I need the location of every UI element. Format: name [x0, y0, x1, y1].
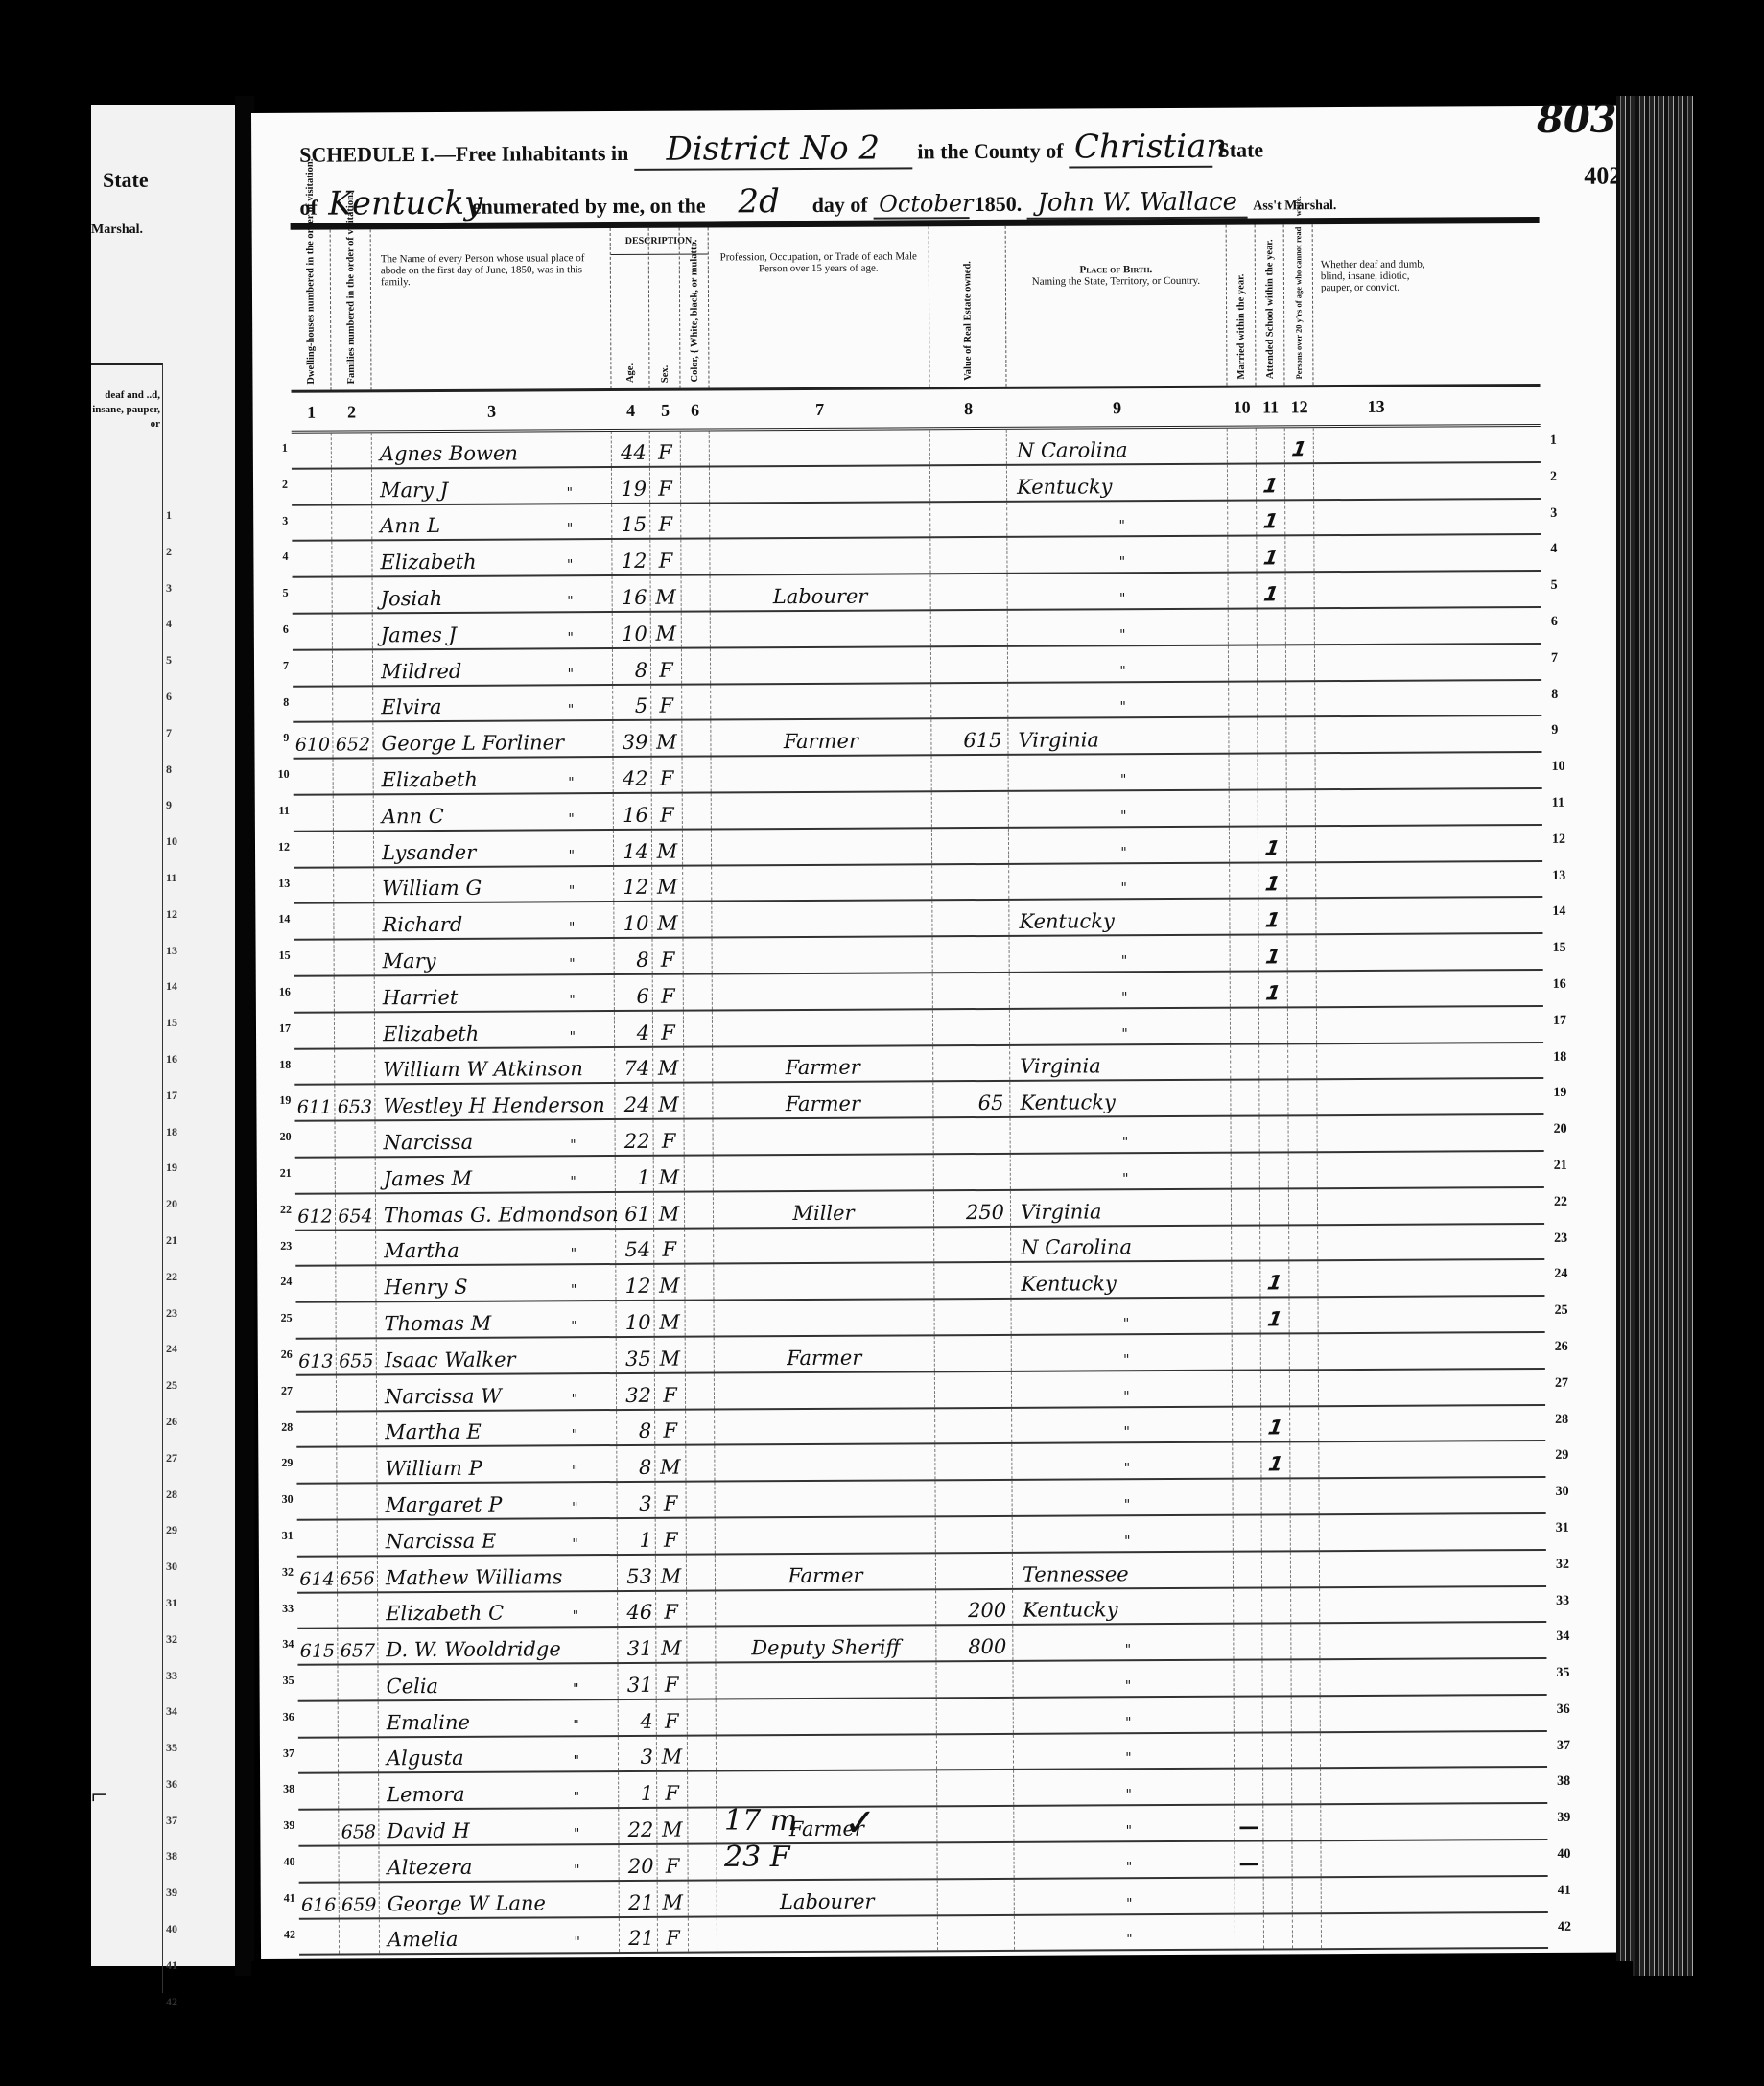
- school-mark: [1259, 1008, 1288, 1043]
- birthplace: Kentucky: [1009, 900, 1230, 935]
- ditto-mark: ": [569, 956, 576, 972]
- family-number: [334, 868, 374, 902]
- family-number: [333, 650, 373, 685]
- line-number: 9: [252, 723, 289, 760]
- line-number: 35: [1556, 1659, 1594, 1696]
- occupation: [713, 1010, 933, 1045]
- line-number: 15: [254, 941, 291, 977]
- occupation: [713, 973, 933, 1009]
- school-mark: 1: [1261, 1407, 1290, 1441]
- previous-page-line-number: 17: [166, 1089, 223, 1125]
- line-number: 19: [254, 1086, 291, 1122]
- column-number: 10: [1228, 388, 1257, 427]
- ditto-mark: ": [567, 522, 574, 537]
- family-number: [334, 904, 374, 939]
- header-illiterate: Persons over 20 y'rs of age who cannot r…: [1284, 224, 1314, 385]
- line-number: 2: [251, 470, 288, 506]
- person-name: William W Atkinson: [375, 1048, 615, 1084]
- age: 10: [613, 613, 651, 647]
- illiterate-mark: [1287, 863, 1316, 898]
- age: 10: [616, 1301, 654, 1336]
- illiterate-mark: [1293, 1914, 1322, 1949]
- previous-page-line-number: 34: [166, 1704, 223, 1741]
- person-name: George L Forliner: [373, 721, 613, 757]
- line-number: 2: [1550, 463, 1588, 500]
- person-name: Algusta": [379, 1737, 619, 1772]
- color: [688, 1809, 717, 1843]
- sex: F: [654, 1120, 685, 1155]
- illiterate-mark: [1292, 1841, 1321, 1876]
- occupation: [715, 1372, 935, 1408]
- occupation: [716, 1662, 936, 1698]
- dwelling-number: [296, 1448, 337, 1483]
- married-mark: [1234, 1552, 1262, 1586]
- state-label: State: [1217, 137, 1263, 161]
- color: [685, 1265, 714, 1300]
- deaf-status: [1317, 1007, 1442, 1042]
- dwelling-number: [295, 1267, 336, 1301]
- person-name: Agnes Bowen: [372, 432, 612, 467]
- dwelling-number: [298, 1774, 339, 1809]
- birthplace: ": [1010, 973, 1231, 1008]
- sex: M: [651, 576, 682, 611]
- occupation: Farmer: [715, 1336, 935, 1371]
- dwelling-number: [294, 941, 335, 975]
- family-number: 656: [338, 1557, 378, 1591]
- line-number: 4: [251, 542, 288, 578]
- birthplace: ": [1008, 645, 1229, 681]
- column-number: 13: [1314, 387, 1439, 427]
- sex: F: [652, 794, 683, 829]
- line-number: 40: [1557, 1840, 1595, 1877]
- line-number: 17: [1553, 1006, 1591, 1043]
- school-mark: [1263, 1770, 1292, 1804]
- line-number: 27: [256, 1376, 293, 1413]
- family-number: [336, 1231, 376, 1265]
- birthplace: ": [1007, 537, 1228, 573]
- line-number: 38: [1557, 1768, 1595, 1804]
- deaf-status: [1315, 573, 1440, 607]
- sex: M: [655, 1446, 686, 1481]
- previous-page-line-number: 40: [166, 1922, 223, 1958]
- sex: M: [652, 830, 683, 864]
- person-name: James M": [376, 1157, 616, 1192]
- age: 1: [619, 1772, 657, 1807]
- line-number: 13: [1552, 861, 1590, 898]
- dwelling-number: 614: [297, 1557, 338, 1591]
- line-number: 22: [255, 1195, 292, 1231]
- color: [687, 1555, 716, 1589]
- deaf-status: [1318, 1152, 1443, 1186]
- dwelling-number: [294, 1013, 335, 1047]
- book-spine: [1616, 96, 1693, 1976]
- dwelling-number: [297, 1520, 338, 1555]
- school-mark: [1262, 1660, 1291, 1695]
- deaf-status: [1320, 1551, 1445, 1585]
- occupation: [717, 1699, 937, 1734]
- occupation: [716, 1590, 936, 1626]
- dwelling-number: [293, 615, 333, 649]
- married-mark: [1235, 1697, 1263, 1731]
- occupation: Miller: [714, 1191, 934, 1227]
- family-number: [333, 614, 373, 648]
- family-number: 659: [340, 1883, 380, 1917]
- deaf-status: [1314, 500, 1439, 534]
- line-number: 8: [1551, 680, 1589, 716]
- age: 31: [618, 1664, 656, 1699]
- birthplace: Tennessee: [1013, 1552, 1234, 1587]
- sex: F: [650, 432, 681, 466]
- real-estate-value: [935, 1336, 1012, 1371]
- ditto-mark: ": [573, 1718, 579, 1733]
- married-mark: [1232, 1226, 1260, 1260]
- real-estate-value: [931, 647, 1008, 682]
- line-number: 39: [1557, 1804, 1595, 1840]
- deaf-status: [1319, 1479, 1444, 1513]
- age: 31: [618, 1628, 656, 1662]
- occupation: [714, 1118, 934, 1154]
- person-name: Margaret P": [377, 1483, 617, 1518]
- line-number: 37: [258, 1738, 294, 1774]
- school-mark: [1264, 1878, 1293, 1912]
- school-mark: [1260, 1189, 1289, 1224]
- school-mark: [1263, 1697, 1292, 1731]
- line-number: 29: [1555, 1441, 1593, 1478]
- previous-page-line-number: 8: [166, 762, 223, 799]
- age: 24: [615, 1084, 653, 1118]
- married-mark: —: [1235, 1806, 1263, 1840]
- sex: F: [655, 1373, 686, 1408]
- dwelling-number: [294, 796, 334, 831]
- color: [686, 1483, 715, 1517]
- deaf-status: [1320, 1514, 1445, 1549]
- deaf-status: [1319, 1370, 1444, 1404]
- line-number: 21: [255, 1159, 292, 1195]
- deaf-status: [1316, 862, 1441, 897]
- school-mark: [1258, 718, 1286, 753]
- deaf-status: [1320, 1587, 1445, 1622]
- married-mark: [1233, 1334, 1261, 1369]
- color: [683, 830, 712, 864]
- dwelling-number: [298, 1811, 339, 1845]
- school-mark: [1263, 1841, 1292, 1876]
- real-estate-value: [932, 864, 1009, 899]
- occupation: Labourer: [717, 1880, 938, 1915]
- occupation: [715, 1409, 935, 1444]
- married-mark: [1231, 972, 1259, 1006]
- sex: M: [651, 721, 682, 756]
- age: 3: [617, 1483, 655, 1517]
- previous-page-line-number: 7: [166, 726, 223, 762]
- married-mark: [1233, 1407, 1261, 1441]
- line-number: 22: [1554, 1187, 1592, 1224]
- sex: M: [657, 1736, 688, 1770]
- person-name: Thomas M": [376, 1301, 616, 1337]
- previous-page-line-number: 32: [166, 1632, 223, 1669]
- female-tally: 23 F: [724, 1840, 797, 1876]
- school-mark: [1259, 1081, 1288, 1115]
- school-mark: [1259, 1116, 1288, 1151]
- occupation: [713, 937, 933, 973]
- occupation: [710, 539, 930, 574]
- married-mark: [1230, 755, 1258, 789]
- line-number: 6: [252, 615, 289, 651]
- line-number: 33: [1556, 1586, 1594, 1623]
- header-school: Attended School within the year.: [1256, 224, 1285, 385]
- person-name: Narcissa": [376, 1120, 616, 1156]
- header-birthplace: Place of Birth. Naming the State, Territ…: [1006, 225, 1228, 387]
- age: 8: [613, 649, 651, 684]
- dwelling-number: [295, 1303, 336, 1338]
- color: [686, 1446, 715, 1481]
- ditto-mark: ": [574, 1863, 580, 1878]
- occupation: [710, 503, 930, 538]
- birthplace: Kentucky: [1010, 1081, 1231, 1116]
- school-mark: 1: [1261, 1443, 1290, 1478]
- age: 16: [614, 794, 652, 829]
- age: 46: [618, 1591, 656, 1626]
- married-mark: [1230, 900, 1258, 934]
- birthplace: ": [1008, 574, 1229, 609]
- deaf-status: [1318, 1188, 1443, 1223]
- dwelling-number: 613: [296, 1339, 337, 1373]
- school-mark: [1263, 1733, 1292, 1768]
- line-number: 34: [1556, 1623, 1594, 1659]
- footer-tally: 17 m 23 F: [724, 1803, 797, 1876]
- family-number: [339, 1701, 379, 1736]
- line-number: 35: [257, 1666, 294, 1702]
- person-name: Elvira": [373, 686, 613, 721]
- family-number: [332, 505, 372, 540]
- sex: M: [654, 1157, 685, 1191]
- person-name: Henry S": [376, 1265, 616, 1301]
- married-mark: [1234, 1625, 1262, 1659]
- school-mark: 1: [1258, 574, 1286, 608]
- family-number: [337, 1412, 377, 1446]
- birthplace: Kentucky: [1011, 1262, 1232, 1298]
- family-number: [335, 1013, 375, 1047]
- color: [685, 1156, 714, 1190]
- column-number: 5: [650, 391, 681, 430]
- line-number: 31: [257, 1521, 294, 1558]
- age: 3: [619, 1736, 657, 1770]
- family-number: [336, 1158, 376, 1192]
- family-number: [334, 795, 374, 830]
- line-number: 28: [256, 1412, 293, 1448]
- married-mark: [1229, 645, 1258, 680]
- real-estate-value: [937, 1770, 1014, 1805]
- previous-page-line-number: 39: [166, 1886, 223, 1922]
- schedule-label: SCHEDULE I.—Free Inhabitants in: [299, 141, 628, 167]
- married-mark: [1232, 1299, 1260, 1333]
- deaf-status: [1315, 681, 1440, 715]
- sex: F: [651, 648, 682, 683]
- ditto-mark: ": [574, 1935, 580, 1951]
- real-estate-value: [932, 829, 1009, 863]
- line-number: 41: [1558, 1877, 1596, 1913]
- real-estate-value: [936, 1662, 1013, 1697]
- sex: F: [657, 1845, 688, 1880]
- illiterate-mark: [1287, 827, 1316, 861]
- occupation: [714, 1228, 934, 1263]
- person-name: D. W. Wooldridge: [378, 1628, 618, 1663]
- ditto-mark: ": [569, 848, 576, 863]
- school-mark: [1258, 755, 1287, 789]
- deaf-status: [1315, 717, 1440, 752]
- occupation: [712, 792, 932, 828]
- school-mark: [1261, 1334, 1290, 1369]
- real-estate-value: [931, 574, 1008, 609]
- illiterate-mark: [1286, 682, 1315, 716]
- sex: M: [656, 1555, 687, 1589]
- occupation: [710, 430, 930, 465]
- real-estate-value: [933, 937, 1010, 972]
- dwelling-number: [296, 1485, 337, 1519]
- age: 15: [612, 504, 650, 538]
- line-number: 30: [1555, 1478, 1593, 1514]
- deaf-status: [1317, 935, 1442, 970]
- occupation: Farmer: [713, 1083, 933, 1118]
- line-number: 7: [252, 651, 289, 688]
- dwelling-number: [297, 1666, 338, 1700]
- school-mark: 1: [1258, 863, 1287, 898]
- marshal-name-field: John W. Wallace: [1027, 188, 1248, 220]
- line-number: 26: [256, 1340, 293, 1376]
- color: [684, 974, 713, 1009]
- color: [684, 939, 713, 973]
- person-name: Mary J": [372, 468, 612, 504]
- deaf-status: [1316, 754, 1441, 788]
- family-number: 655: [337, 1339, 377, 1373]
- deaf-status: [1319, 1406, 1444, 1441]
- sex: F: [650, 467, 681, 502]
- birthplace: ": [1008, 682, 1229, 717]
- occupation: [714, 1155, 934, 1190]
- occupation: [717, 1771, 937, 1807]
- dwelling-number: 616: [299, 1883, 340, 1917]
- check-mark-icon: ✓: [844, 1801, 877, 1845]
- line-number: 16: [1553, 971, 1591, 1007]
- birthplace: ": [1013, 1661, 1234, 1697]
- married-mark: [1233, 1480, 1261, 1514]
- person-name: Richard": [374, 902, 614, 938]
- color: [684, 1011, 713, 1045]
- color: [683, 793, 712, 828]
- school-mark: 1: [1260, 1262, 1289, 1297]
- family-number: [332, 433, 372, 467]
- color: [685, 1120, 714, 1155]
- line-number: 6: [1551, 608, 1589, 645]
- real-estate-value: [931, 611, 1008, 645]
- sex: F: [656, 1519, 687, 1554]
- dwelling-number: [294, 1049, 335, 1084]
- married-mark: [1228, 464, 1257, 499]
- deaf-status: [1314, 536, 1439, 571]
- birthplace: ": [1015, 1914, 1235, 1950]
- previous-page-line-number: 10: [166, 834, 223, 871]
- dwelling-number: [299, 1919, 340, 1954]
- sex: F: [650, 540, 681, 574]
- column-number: 2: [332, 392, 372, 431]
- family-number: [339, 1738, 379, 1772]
- family-number: [340, 1919, 380, 1954]
- person-name: Martha": [376, 1230, 616, 1265]
- school-mark: [1257, 428, 1285, 462]
- dwelling-number: [294, 760, 334, 794]
- real-estate-value: [930, 430, 1007, 464]
- previous-page-column-box: [91, 363, 163, 1993]
- age: 8: [617, 1446, 655, 1481]
- deaf-status: [1315, 609, 1440, 644]
- school-mark: [1258, 682, 1286, 716]
- person-name: Thomas G. Edmondson: [376, 1193, 616, 1229]
- sex: F: [654, 1229, 685, 1263]
- age: 4: [619, 1700, 657, 1735]
- color: [681, 432, 710, 466]
- real-estate-value: [934, 1263, 1011, 1298]
- occupation: Farmer: [716, 1554, 936, 1589]
- dwelling-number: [294, 832, 334, 866]
- birthplace: ": [1014, 1733, 1235, 1769]
- line-number: 7: [1551, 644, 1589, 680]
- line-number: 23: [255, 1231, 292, 1267]
- previous-page-line-number: 18: [166, 1125, 223, 1161]
- school-mark: [1262, 1588, 1291, 1623]
- birthplace: Virginia: [1010, 1044, 1231, 1080]
- previous-page-line-number: 25: [166, 1378, 223, 1415]
- line-number: 32: [257, 1557, 294, 1593]
- illiterate-mark: [1292, 1697, 1321, 1731]
- deaf-status: [1317, 1043, 1442, 1078]
- occupation: [715, 1481, 935, 1516]
- ditto-mark: ": [574, 1826, 580, 1841]
- color: [688, 1699, 717, 1734]
- previous-page-line-number: 28: [166, 1488, 223, 1524]
- column-number: 7: [710, 389, 930, 429]
- color: [688, 1845, 717, 1880]
- person-name: Ann L": [372, 504, 612, 540]
- birthplace: Virginia: [1011, 1189, 1232, 1225]
- family-number: [336, 1302, 376, 1337]
- sex: M: [653, 1047, 684, 1082]
- illiterate-mark: [1285, 537, 1314, 572]
- sex: M: [657, 1809, 688, 1843]
- family-number: [335, 1049, 375, 1084]
- age: 12: [612, 540, 650, 574]
- birthplace: ": [1009, 827, 1230, 862]
- age: 20: [619, 1845, 657, 1880]
- color: [682, 721, 711, 756]
- previous-page-line-number: 19: [166, 1160, 223, 1197]
- family-number: [336, 1121, 376, 1156]
- color: [687, 1628, 716, 1662]
- family-number: [333, 578, 373, 613]
- ditto-mark: ": [569, 884, 576, 900]
- illiterate-mark: [1291, 1588, 1320, 1623]
- line-number: 36: [258, 1702, 294, 1739]
- married-mark: [1229, 718, 1258, 753]
- age: 14: [614, 831, 652, 865]
- married-mark: [1235, 1733, 1263, 1768]
- header-sex: Sex.: [649, 228, 681, 388]
- married-mark: [1228, 501, 1257, 535]
- color: [688, 1736, 717, 1770]
- color: [681, 504, 710, 538]
- age: 8: [617, 1410, 655, 1444]
- age: 8: [615, 939, 653, 973]
- illiterate-mark: [1289, 1298, 1318, 1332]
- color: [686, 1337, 715, 1371]
